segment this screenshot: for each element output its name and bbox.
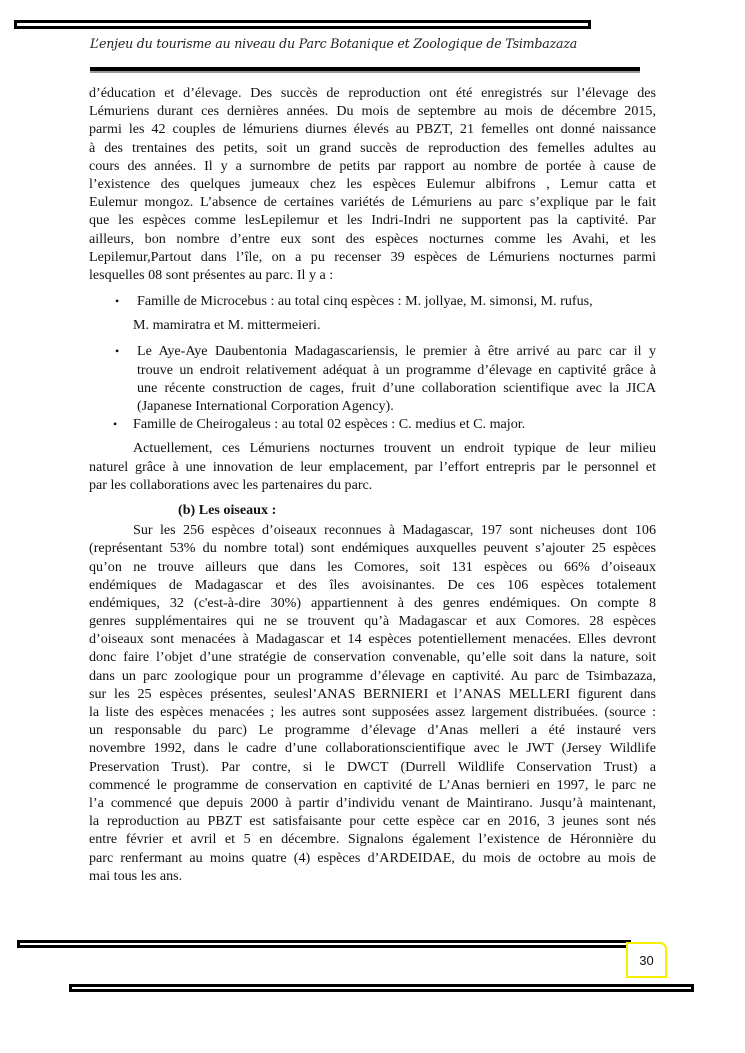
header-decorative-bar (14, 20, 591, 29)
text-line: d’éducation et d’élevage. Des succès de … (89, 84, 656, 102)
text-line: parc renfermant au moins quatre (4) espè… (89, 849, 656, 867)
text-line: d’oiseaux sont menacées à Madagascar et … (89, 630, 656, 648)
footer-decorative-bar-top (17, 940, 631, 948)
text-line: qu’on ne trouve ailleurs que dans les Co… (89, 558, 656, 576)
list-item-microcebus: • Famille de Microcebus : au total cinq … (89, 292, 656, 310)
bullet-icon: • (115, 342, 119, 360)
bullet-icon: • (113, 415, 117, 433)
section-heading-birds: (b) Les oiseaux : (89, 501, 656, 519)
text-line: dans un parc zoologique pour un programm… (89, 667, 656, 685)
text-line: lesquelles 08 sont présentes au parc. Il… (89, 266, 656, 284)
text-line: la reproduction au PBZT est satisfaisant… (89, 812, 656, 830)
text-line: Lepilemur,Partout dans l’île, on a pu re… (89, 248, 656, 266)
text-line: que les espèces comme lesLepilemur et le… (89, 211, 656, 229)
text-line: novembre 1992, dans le cadre d’une colla… (89, 739, 656, 757)
text-line: Preservation Trust). Par contre, si le D… (89, 758, 656, 776)
nocturnal-lemur-list: • Famille de Microcebus : au total cinq … (89, 292, 656, 433)
text-line: une récente construction de cages, fruit… (137, 379, 656, 397)
text-line: parmi les 42 couples de lémuriens diurne… (89, 120, 656, 138)
heading-text: (b) Les oiseaux : (178, 501, 656, 519)
paragraph-lemur-breeding: d’éducation et d’élevage. Des succès de … (89, 84, 656, 284)
list-item-continuation: M. mamiratra et M. mittermeieri. (89, 316, 656, 334)
text-line: entre février et avril et 5 en décembre.… (89, 830, 656, 848)
text-line: (représentant 53% du nombre total) sont … (89, 539, 656, 557)
text-line: M. mamiratra et M. mittermeieri. (133, 316, 656, 334)
paragraph-nocturnal-habitat: Actuellement, ces Lémuriens nocturnes tr… (89, 439, 656, 494)
text-line: donc faire l’objet d’une stratégie de co… (89, 648, 656, 666)
text-line: la liste des espèces menacées ; les autr… (89, 703, 656, 721)
text-line: Eulemur mongoz. L’absence de certaines v… (89, 193, 656, 211)
text-line: naturel grâce à une innovation de leur e… (89, 458, 656, 476)
running-header-title: L’enjeu du tourisme au niveau du Parc Bo… (90, 36, 577, 51)
text-line: Actuellement, ces Lémuriens nocturnes tr… (89, 439, 656, 457)
text-line: endémiques de Madagascar et des îles avo… (89, 576, 656, 594)
list-item-cheirogaleus: • Famille de Cheirogaleus : au total 02 … (89, 415, 656, 433)
paragraph-birds: Sur les 256 espèces d’oiseaux reconnues … (89, 521, 656, 885)
text-line: ailleurs, bon nombre d’entre eux sont de… (89, 230, 656, 248)
text-line: à des trentaines des petits, soit un gra… (89, 139, 656, 157)
text-line: par les collaborations avec les partenai… (89, 476, 656, 494)
text-line: endémiques, 32 (c'est-à-dire 30%) appart… (89, 594, 656, 612)
footer-decorative-bar-bottom (69, 984, 694, 992)
text-line: cours des années. Il y a surnombre de pe… (89, 157, 656, 175)
text-line: Le Aye-Aye Daubentonia Madagascariensis,… (137, 342, 656, 360)
text-line: Famille de Microcebus : au total cinq es… (137, 292, 656, 310)
bullet-icon: • (115, 292, 119, 310)
text-line: sur les 25 espèces présentes, seulesl’AN… (89, 685, 656, 703)
text-line: Sur les 256 espèces d’oiseaux reconnues … (89, 521, 656, 539)
document-body: d’éducation et d’élevage. Des succès de … (89, 84, 656, 885)
text-line: Famille de Cheirogaleus : au total 02 es… (133, 415, 656, 433)
text-line: un responsable du parc) Le programme d’é… (89, 721, 656, 739)
text-line: (Japanese International Corporation Agen… (137, 397, 656, 415)
header-rule (90, 67, 640, 71)
text-line: l’a commencé que depuis 2000 à partir d’… (89, 794, 656, 812)
text-line: l’existence des quelques jumeaux chez le… (89, 175, 656, 193)
text-line: Lémuriens durant ces dernières années. D… (89, 102, 656, 120)
text-line: mai tous les ans. (89, 867, 656, 885)
page-number: 30 (628, 953, 665, 968)
text-line: commencé le programme de conservation en… (89, 776, 656, 794)
list-item-aye-aye: • Le Aye-Aye Daubentonia Madagascariensi… (89, 342, 656, 415)
text-line: trouve un endroit relativement adéquat à… (137, 361, 656, 379)
page-number-box: 30 (626, 942, 667, 978)
text-line: genres supplémentaires qui ne se trouven… (89, 612, 656, 630)
